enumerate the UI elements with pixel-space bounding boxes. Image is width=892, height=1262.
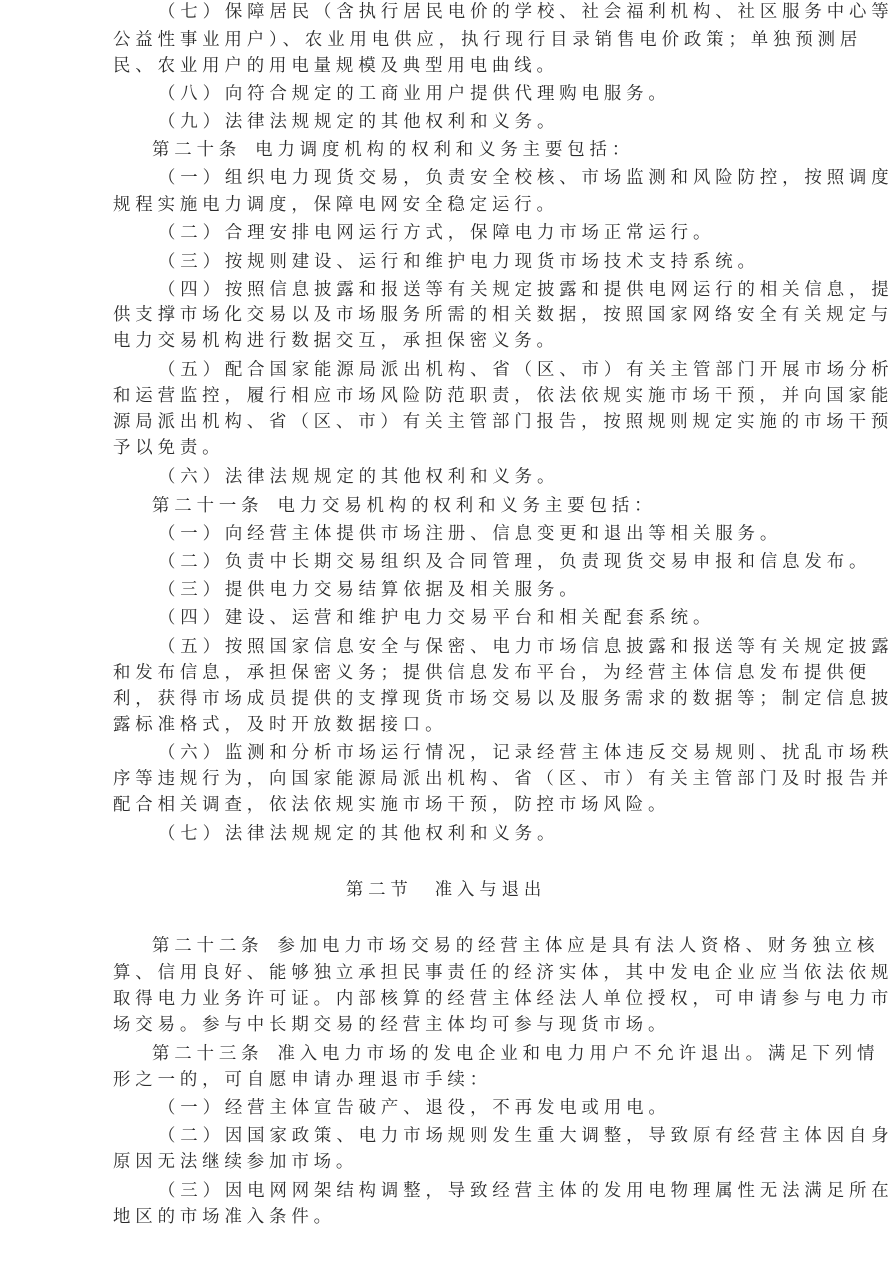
clause-line: （一）经营主体宣告破产、退役，不再发电或用电。 [158, 1094, 830, 1122]
article-heading-line: 第二十条电力调度机构的权利和义务主要包括： [152, 136, 824, 164]
clause-line: （七）保障居民（含执行居民电价的学校、社会福利机构、社区服务中心等 [158, 0, 830, 26]
clause-line: （三）提供电力交易结算依据及相关服务。 [158, 576, 830, 604]
article-number: 第二十一条 [152, 496, 263, 516]
article-text: 准入电力市场的发电企业和电力用户不允许退出。满足下列情 [277, 1044, 879, 1064]
paragraph-continuation-line: 电力交易机构进行数据交互，承担保密义务。 [113, 327, 785, 355]
article-heading-line: 第二十三条准入电力市场的发电企业和电力用户不允许退出。满足下列情 [152, 1040, 824, 1068]
paragraph-continuation-line: 民、农业用户的用电量规模及典型用电曲线。 [113, 52, 785, 80]
document-page: （七）保障居民（含执行居民电价的学校、社会福利机构、社区服务中心等公益性事业用户… [0, 0, 892, 1262]
clause-line: （九）法律法规规定的其他权利和义务。 [158, 108, 830, 136]
paragraph-continuation-line: 形之一的，可自愿申请办理退市手续： [113, 1066, 785, 1094]
clause-line: （二）因国家政策、电力市场规则发生重大调整，导致原有经营主体因自身 [158, 1122, 830, 1150]
article-heading-line: 第二十一条电力交易机构的权利和义务主要包括： [152, 492, 824, 520]
clause-line: （六）监测和分析市场运行情况，记录经营主体违反交易规则、扰乱市场秩 [158, 739, 830, 767]
article-number: 第二十二条 [152, 936, 263, 956]
paragraph-continuation-line: 规程实施电力调度，保障电网安全稳定运行。 [113, 191, 785, 219]
section-number: 第二节 [346, 880, 413, 900]
clause-line: （四）建设、运营和维护电力交易平台和相关配套系统。 [158, 604, 830, 632]
clause-line: （三）按规则建设、运行和维护电力现货市场技术支持系统。 [158, 248, 830, 276]
clause-line: （一）组织电力现货交易，负责安全校核、市场监测和风险防控，按照调度 [158, 164, 830, 192]
paragraph-continuation-line: 公益性事业用户）、农业用电供应，执行现行目录销售电价政策；单独预测居 [113, 26, 785, 54]
paragraph-continuation-line: 算、信用良好、能够独立承担民事责任的经济实体，其中发电企业应当依法依规 [113, 959, 785, 987]
section-title: 准入与退出 [435, 880, 546, 900]
clause-line: （一）向经营主体提供市场注册、信息变更和退出等相关服务。 [158, 520, 830, 548]
clause-line: （六）法律法规规定的其他权利和义务。 [158, 463, 830, 491]
paragraph-continuation-line: 取得电力业务许可证。内部核算的经营主体经法人单位授权，可申请参与电力市 [113, 985, 785, 1013]
clause-line: （四）按照信息披露和报送等有关规定披露和提供电网运行的相关信息，提 [158, 276, 830, 304]
paragraph-continuation-line: 地区的市场准入条件。 [113, 1203, 785, 1231]
clause-line: （二）合理安排电网运行方式，保障电力市场正常运行。 [158, 219, 830, 247]
paragraph-continuation-line: 露标准格式，及时开放数据接口。 [113, 711, 785, 739]
paragraph-continuation-line: 原因无法继续参加市场。 [113, 1148, 785, 1176]
clause-line: （三）因电网网架结构调整，导致经营主体的发用电物理属性无法满足所在 [158, 1177, 830, 1205]
article-heading-line: 第二十二条参加电力市场交易的经营主体应是具有法人资格、财务独立核 [152, 932, 824, 960]
paragraph-continuation-line: 利，获得市场成员提供的支撑现货市场交易以及服务需求的数据等；制定信息披 [113, 685, 785, 713]
paragraph-continuation-line: 场交易。参与中长期交易的经营主体均可参与现货市场。 [113, 1011, 785, 1039]
article-text: 电力交易机构的权利和义务主要包括： [277, 496, 656, 516]
section-heading: 第二节准入与退出 [0, 876, 892, 904]
clause-line: （七）法律法规规定的其他权利和义务。 [158, 820, 830, 848]
article-text: 电力调度机构的权利和义务主要包括： [255, 140, 634, 160]
paragraph-continuation-line: 序等违规行为，向国家能源局派出机构、省（区、市）有关主管部门及时报告并 [113, 765, 785, 793]
clause-line: （五）配合国家能源局派出机构、省（区、市）有关主管部门开展市场分析 [158, 356, 830, 384]
clause-line: （五）按照国家信息安全与保密、电力市场信息披露和报送等有关规定披露 [158, 633, 830, 661]
paragraph-continuation-line: 源局派出机构、省（区、市）有关主管部门报告，按照规则规定实施的市场干预 [113, 408, 785, 436]
paragraph-continuation-line: 配合相关调查，依法依规实施市场干预，防控市场风险。 [113, 791, 785, 819]
clause-line: （二）负责中长期交易组织及合同管理，负责现货交易申报和信息发布。 [158, 548, 830, 576]
paragraph-continuation-line: 和发布信息，承担保密义务；提供信息发布平台，为经营主体信息发布提供便 [113, 659, 785, 687]
paragraph-continuation-line: 供支撑市场化交易以及市场服务所需的相关数据，按照国家网络安全有关规定与 [113, 301, 785, 329]
paragraph-continuation-line: 和运营监控，履行相应市场风险防范职责，依法依规实施市场干预，并向国家能 [113, 382, 785, 410]
clause-line: （八）向符合规定的工商业用户提供代理购电服务。 [158, 80, 830, 108]
article-number: 第二十条 [152, 140, 241, 160]
article-text: 参加电力市场交易的经营主体应是具有法人资格、财务独立核 [277, 936, 879, 956]
paragraph-continuation-line: 予以免责。 [113, 434, 785, 462]
article-number: 第二十三条 [152, 1044, 263, 1064]
